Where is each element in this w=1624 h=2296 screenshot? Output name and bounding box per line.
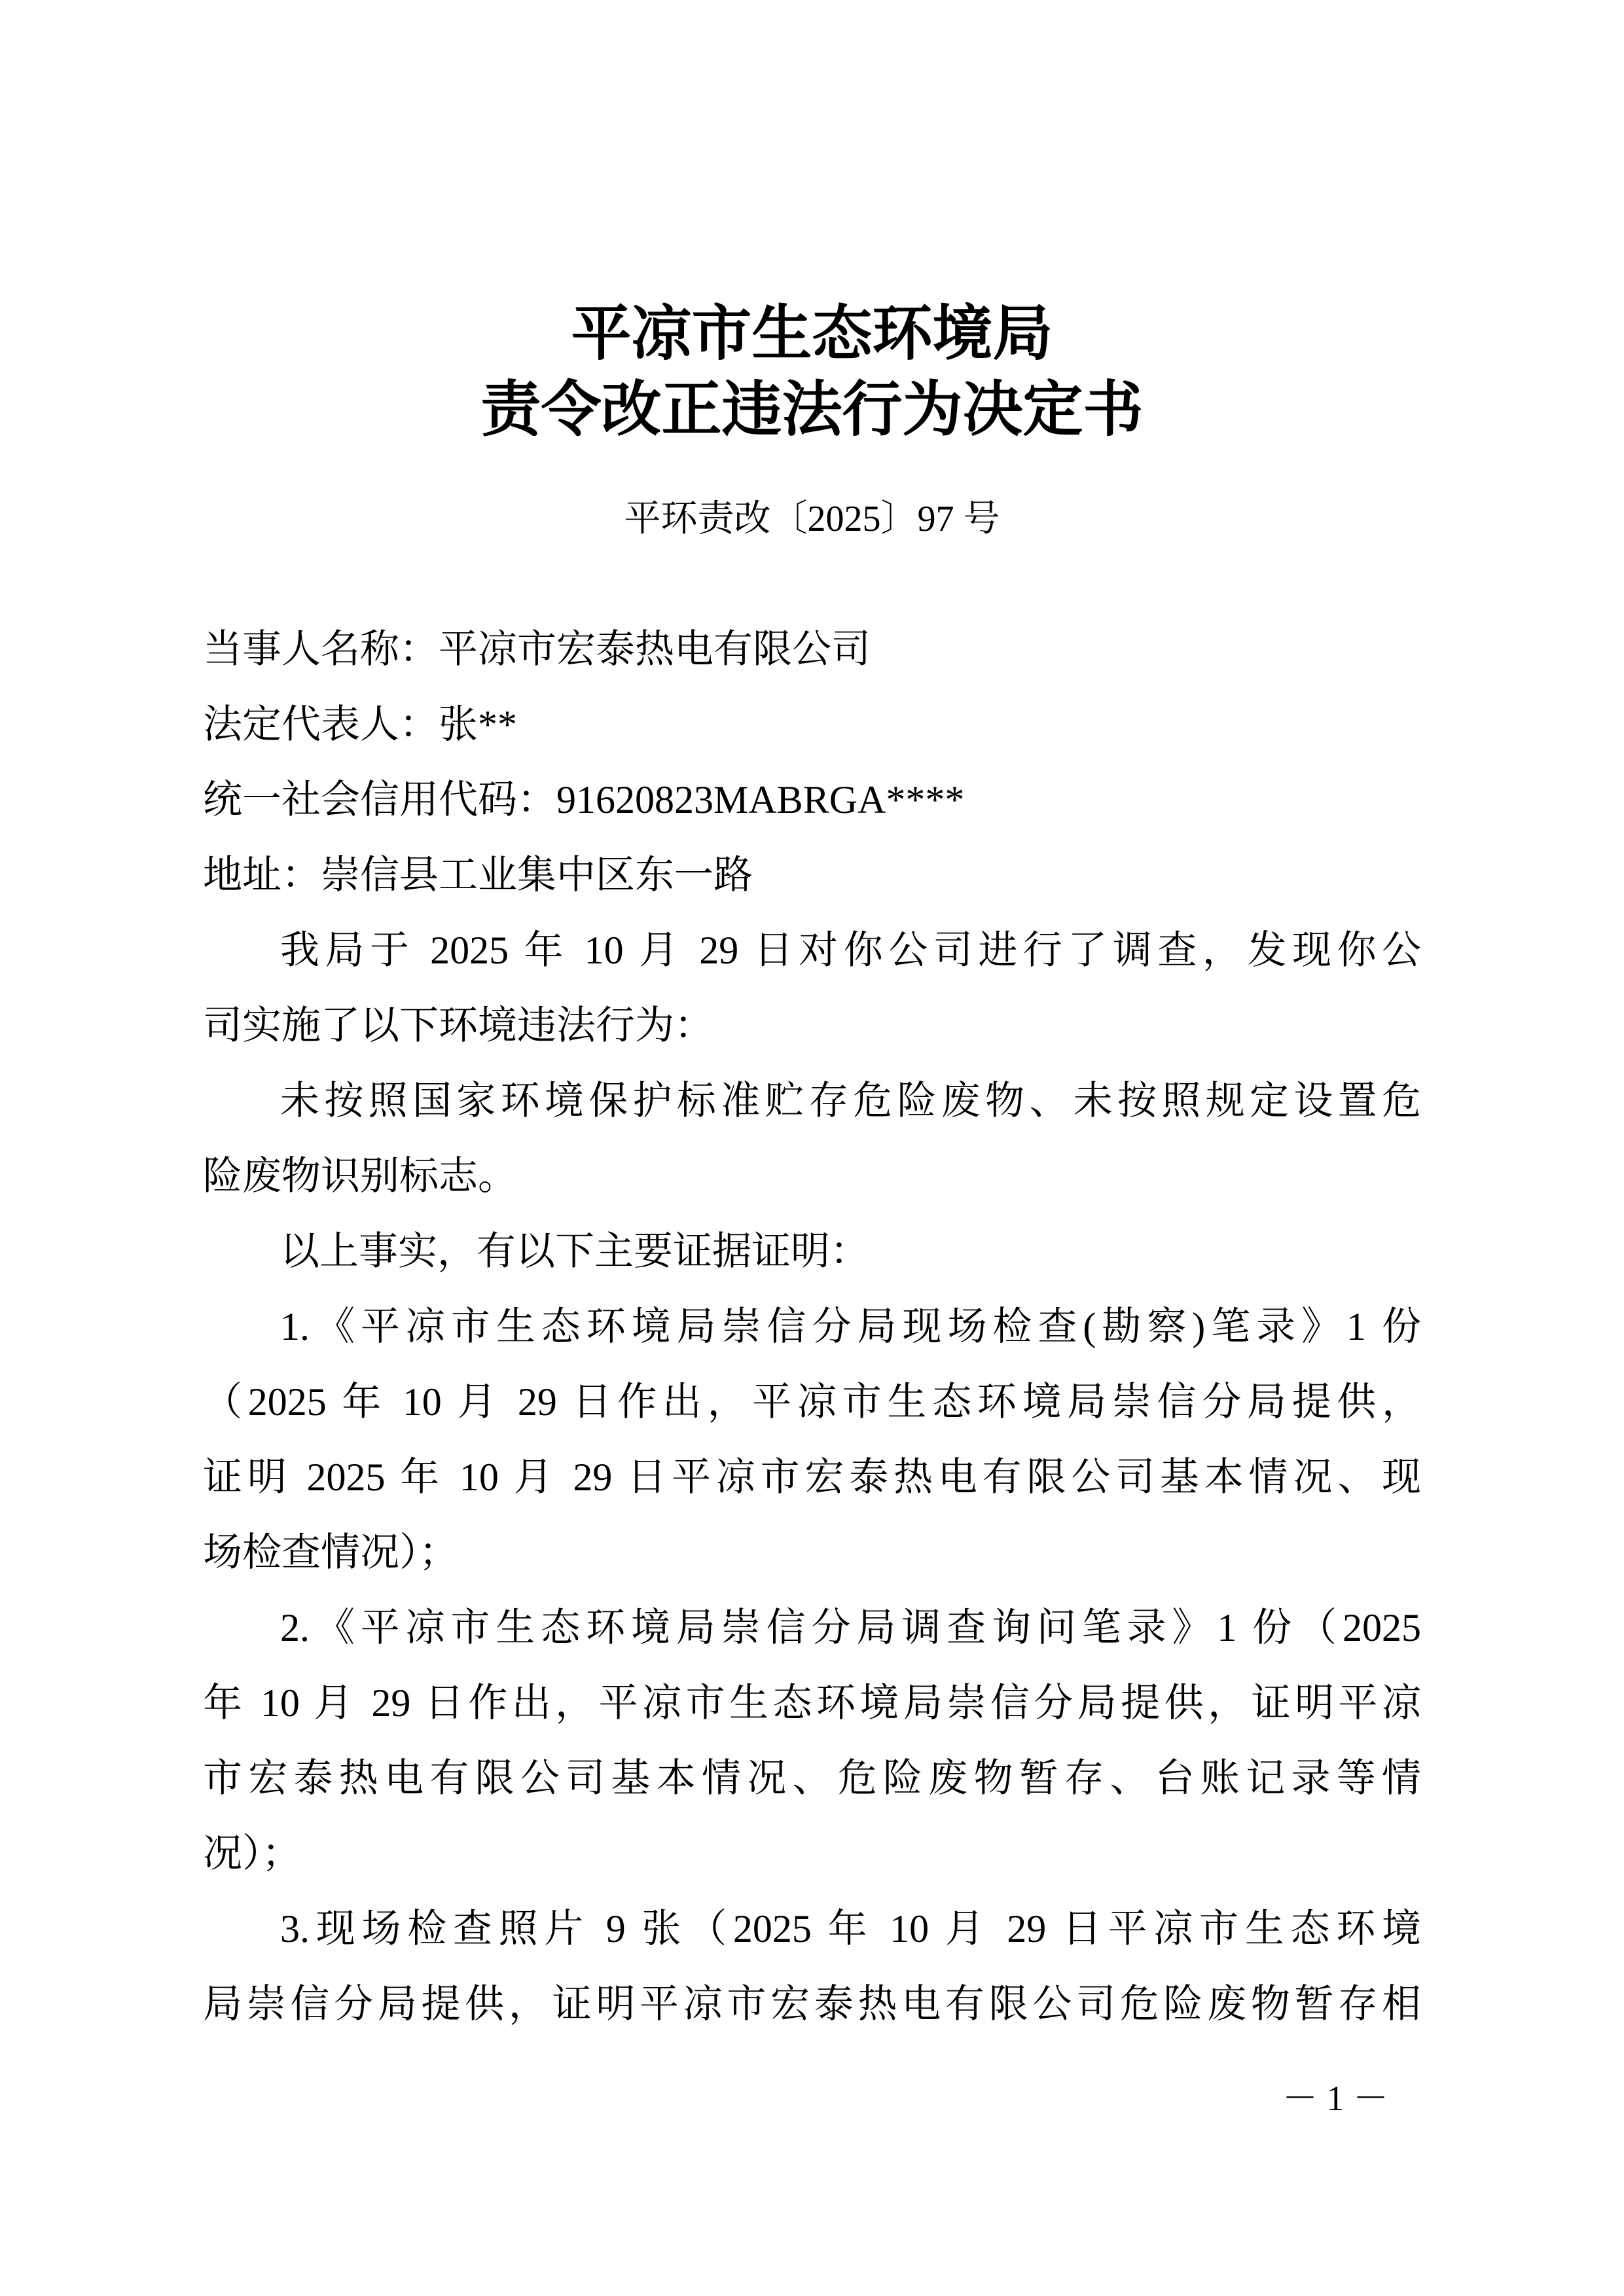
body-line: 我局于 2025 年 10 月 29 日对你公司进行了调查，发现你公 bbox=[203, 913, 1421, 988]
body-line: 以上事实，有以下主要证据证明： bbox=[203, 1214, 1421, 1289]
page-number: － 1 － bbox=[1282, 2079, 1388, 2118]
body-line: 年 10 月 29 日作出，平凉市生态环境局崇信分局提供，证明平凉 bbox=[203, 1666, 1421, 1741]
body-line: 况）； bbox=[203, 1816, 1421, 1892]
document-title: 平凉市生态环境局 责令改正违法行为决定书 bbox=[203, 296, 1421, 448]
body-line: 1.《平凉市生态环境局崇信分局现场检查(勘察)笔录》1 份 bbox=[203, 1289, 1421, 1365]
body-line: 场检查情况）； bbox=[203, 1515, 1421, 1590]
body-line: 证明 2025 年 10 月 29 日平凉市宏泰热电有限公司基本情况、现 bbox=[203, 1440, 1421, 1515]
body-line: 司实施了以下环境违法行为： bbox=[203, 988, 1421, 1064]
document-title-line1: 平凉市生态环境局 bbox=[203, 296, 1421, 372]
body-line: 险废物识别标志。 bbox=[203, 1139, 1421, 1214]
document-title-line2: 责令改正违法行为决定书 bbox=[203, 372, 1421, 448]
body-line: 法定代表人：张** bbox=[203, 687, 1421, 762]
body-line: 3.现场检查照片 9 张（2025 年 10 月 29 日平凉市生态环境 bbox=[203, 1892, 1421, 1967]
body-line: （2025 年 10 月 29 日作出，平凉市生态环境局崇信分局提供， bbox=[203, 1365, 1421, 1440]
document-body: 当事人名称：平凉市宏泰热电有限公司法定代表人：张**统一社会信用代码：91620… bbox=[203, 612, 1421, 2042]
document-page: 平凉市生态环境局 责令改正违法行为决定书 平环责改〔2025〕97 号 当事人名… bbox=[0, 0, 1624, 2296]
body-line: 地址：崇信县工业集中区东一路 bbox=[203, 838, 1421, 913]
body-line: 市宏泰热电有限公司基本情况、危险废物暂存、台账记录等情 bbox=[203, 1741, 1421, 1816]
body-line: 2.《平凉市生态环境局崇信分局调查询问笔录》1 份（2025 bbox=[203, 1590, 1421, 1666]
body-line: 统一社会信用代码：91620823MABRGA**** bbox=[203, 762, 1421, 838]
body-line: 局崇信分局提供，证明平凉市宏泰热电有限公司危险废物暂存相 bbox=[203, 1967, 1421, 2042]
body-line: 当事人名称：平凉市宏泰热电有限公司 bbox=[203, 612, 1421, 687]
body-line: 未按照国家环境保护标准贮存危险废物、未按照规定设置危 bbox=[203, 1064, 1421, 1139]
document-number: 平环责改〔2025〕97 号 bbox=[203, 482, 1421, 557]
